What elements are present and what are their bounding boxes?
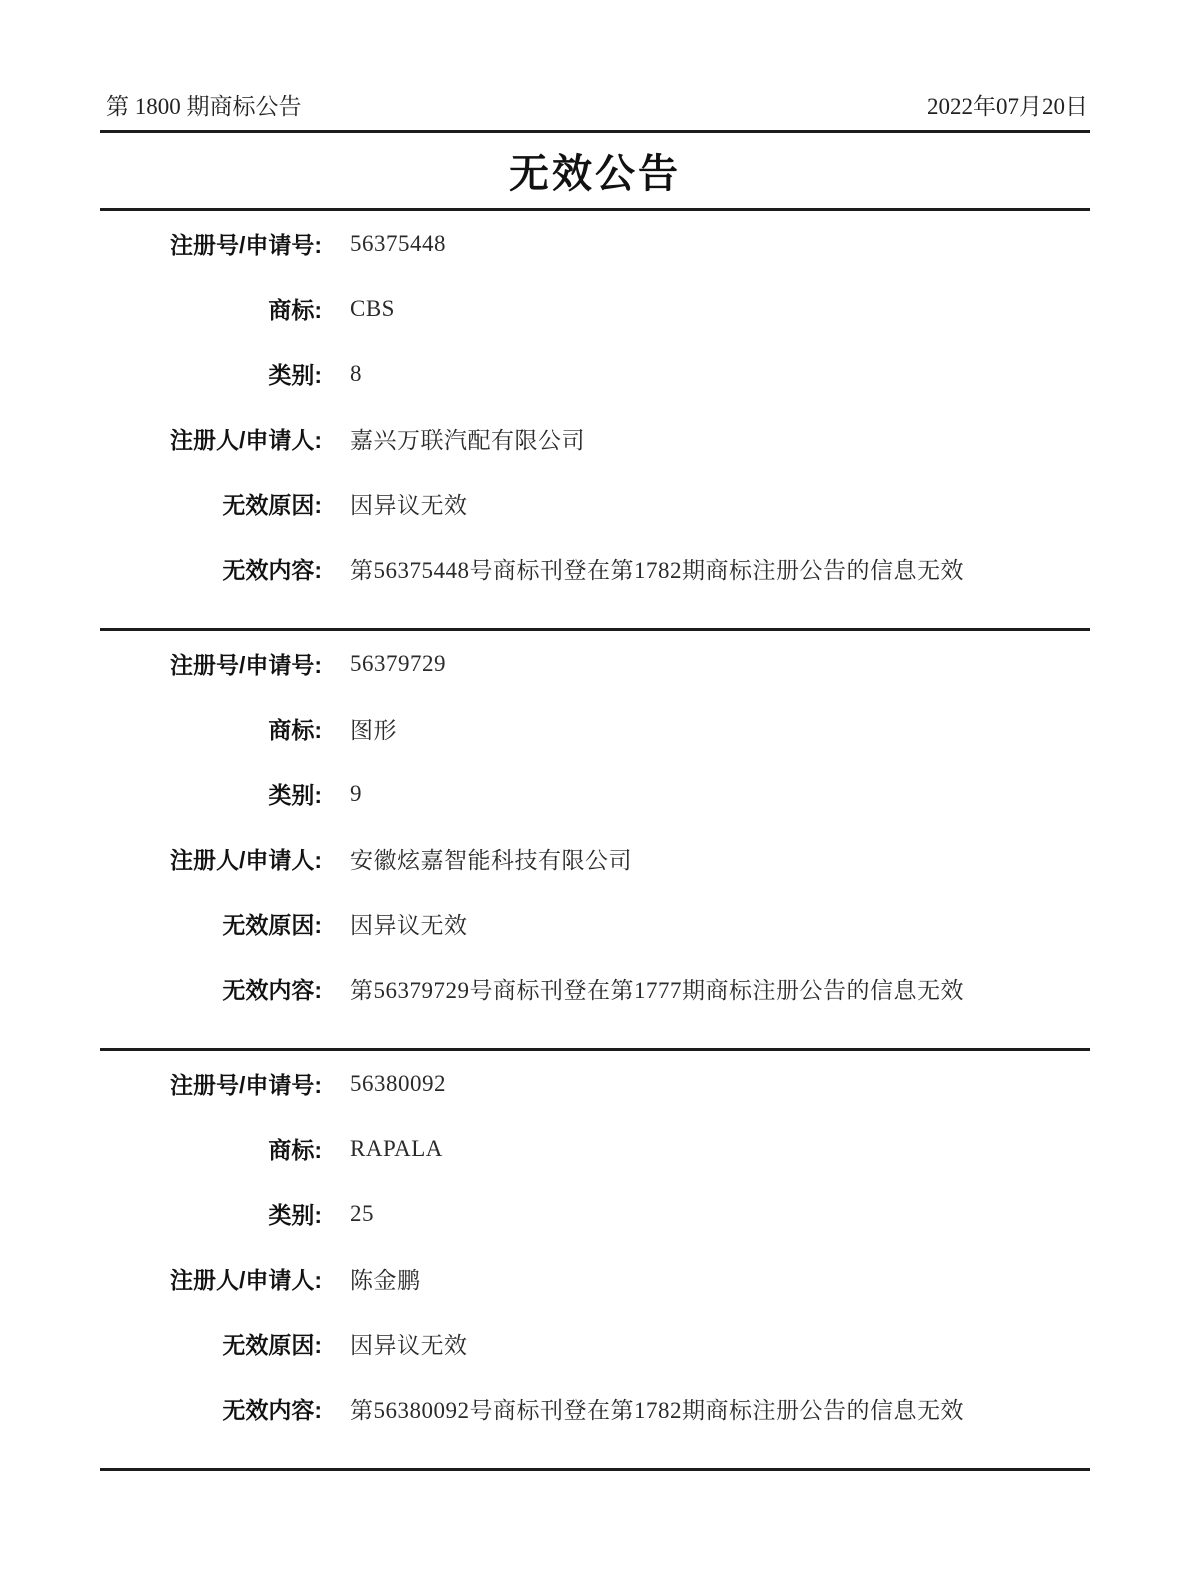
field-value-registrant: 嘉兴万联汽配有限公司 <box>322 422 585 455</box>
field-row-class: 类别: 25 <box>100 1181 1090 1246</box>
field-value-class: 9 <box>322 781 362 807</box>
field-label-content: 无效内容: <box>100 972 322 1005</box>
field-value-reason: 因异议无效 <box>322 907 468 940</box>
field-label-trademark: 商标: <box>100 1132 322 1165</box>
field-row-reason: 无效原因: 因异议无效 <box>100 1311 1090 1376</box>
field-label-registrant: 注册人/申请人: <box>100 422 322 455</box>
field-label-reg-no: 注册号/申请号: <box>100 1067 322 1100</box>
title-band: 无效公告 <box>100 133 1090 208</box>
field-row-content: 无效内容: 第56379729号商标刊登在第1777期商标注册公告的信息无效 <box>100 956 1090 1021</box>
field-label-reg-no: 注册号/申请号: <box>100 647 322 680</box>
field-value-registrant: 安徽炫嘉智能科技有限公司 <box>322 842 632 875</box>
field-value-content: 第56380092号商标刊登在第1782期商标注册公告的信息无效 <box>322 1392 964 1425</box>
gazette-page: 第 1800 期商标公告 2022年07月20日 无效公告 注册号/申请号: 5… <box>0 0 1190 1586</box>
field-row-trademark: 商标: 图形 <box>100 696 1090 761</box>
field-label-content: 无效内容: <box>100 552 322 585</box>
field-row-reg-no: 注册号/申请号: 56379729 <box>100 631 1090 696</box>
field-row-trademark: 商标: RAPALA <box>100 1116 1090 1181</box>
field-row-reg-no: 注册号/申请号: 56375448 <box>100 211 1090 276</box>
invalidation-record-2: 注册号/申请号: 56379729 商标: 图形 类别: 9 注册人/申请人: … <box>100 631 1090 1048</box>
document-header: 第 1800 期商标公告 2022年07月20日 <box>100 88 1090 118</box>
field-row-content: 无效内容: 第56375448号商标刊登在第1782期商标注册公告的信息无效 <box>100 536 1090 601</box>
field-row-class: 类别: 9 <box>100 761 1090 826</box>
field-row-class: 类别: 8 <box>100 341 1090 406</box>
field-value-reason: 因异议无效 <box>322 1327 468 1360</box>
field-value-registrant: 陈金鹏 <box>322 1262 421 1295</box>
page-title: 无效公告 <box>509 142 681 199</box>
field-value-reg-no: 56379729 <box>322 651 446 677</box>
field-row-registrant: 注册人/申请人: 安徽炫嘉智能科技有限公司 <box>100 826 1090 891</box>
field-label-registrant: 注册人/申请人: <box>100 1262 322 1295</box>
field-row-registrant: 注册人/申请人: 陈金鹏 <box>100 1246 1090 1311</box>
field-row-reason: 无效原因: 因异议无效 <box>100 891 1090 956</box>
field-label-registrant: 注册人/申请人: <box>100 842 322 875</box>
field-value-reason: 因异议无效 <box>322 487 468 520</box>
field-row-trademark: 商标: CBS <box>100 276 1090 341</box>
field-row-content: 无效内容: 第56380092号商标刊登在第1782期商标注册公告的信息无效 <box>100 1376 1090 1441</box>
field-label-trademark: 商标: <box>100 292 322 325</box>
field-row-reg-no: 注册号/申请号: 56380092 <box>100 1051 1090 1116</box>
field-value-trademark: 图形 <box>322 712 397 745</box>
invalidation-record-3: 注册号/申请号: 56380092 商标: RAPALA 类别: 25 注册人/… <box>100 1051 1090 1468</box>
field-label-trademark: 商标: <box>100 712 322 745</box>
field-value-class: 25 <box>322 1201 374 1227</box>
field-row-reason: 无效原因: 因异议无效 <box>100 471 1090 536</box>
gazette-date: 2022年07月20日 <box>927 88 1090 121</box>
field-value-trademark: CBS <box>322 296 395 322</box>
field-row-registrant: 注册人/申请人: 嘉兴万联汽配有限公司 <box>100 406 1090 471</box>
field-value-content: 第56375448号商标刊登在第1782期商标注册公告的信息无效 <box>322 552 964 585</box>
field-value-class: 8 <box>322 361 362 387</box>
gazette-issue-number: 第 1800 期商标公告 <box>100 88 302 121</box>
field-label-class: 类别: <box>100 1197 322 1230</box>
field-label-reason: 无效原因: <box>100 1327 322 1360</box>
field-label-reason: 无效原因: <box>100 487 322 520</box>
field-value-reg-no: 56375448 <box>322 231 446 257</box>
field-value-trademark: RAPALA <box>322 1136 443 1162</box>
invalidation-record-1: 注册号/申请号: 56375448 商标: CBS 类别: 8 注册人/申请人:… <box>100 211 1090 628</box>
page-content: 第 1800 期商标公告 2022年07月20日 无效公告 注册号/申请号: 5… <box>100 0 1090 1471</box>
field-label-reg-no: 注册号/申请号: <box>100 227 322 260</box>
field-value-content: 第56379729号商标刊登在第1777期商标注册公告的信息无效 <box>322 972 964 1005</box>
field-value-reg-no: 56380092 <box>322 1071 446 1097</box>
bottom-rule <box>100 1468 1090 1471</box>
field-label-content: 无效内容: <box>100 1392 322 1425</box>
field-label-class: 类别: <box>100 777 322 810</box>
field-label-reason: 无效原因: <box>100 907 322 940</box>
field-label-class: 类别: <box>100 357 322 390</box>
